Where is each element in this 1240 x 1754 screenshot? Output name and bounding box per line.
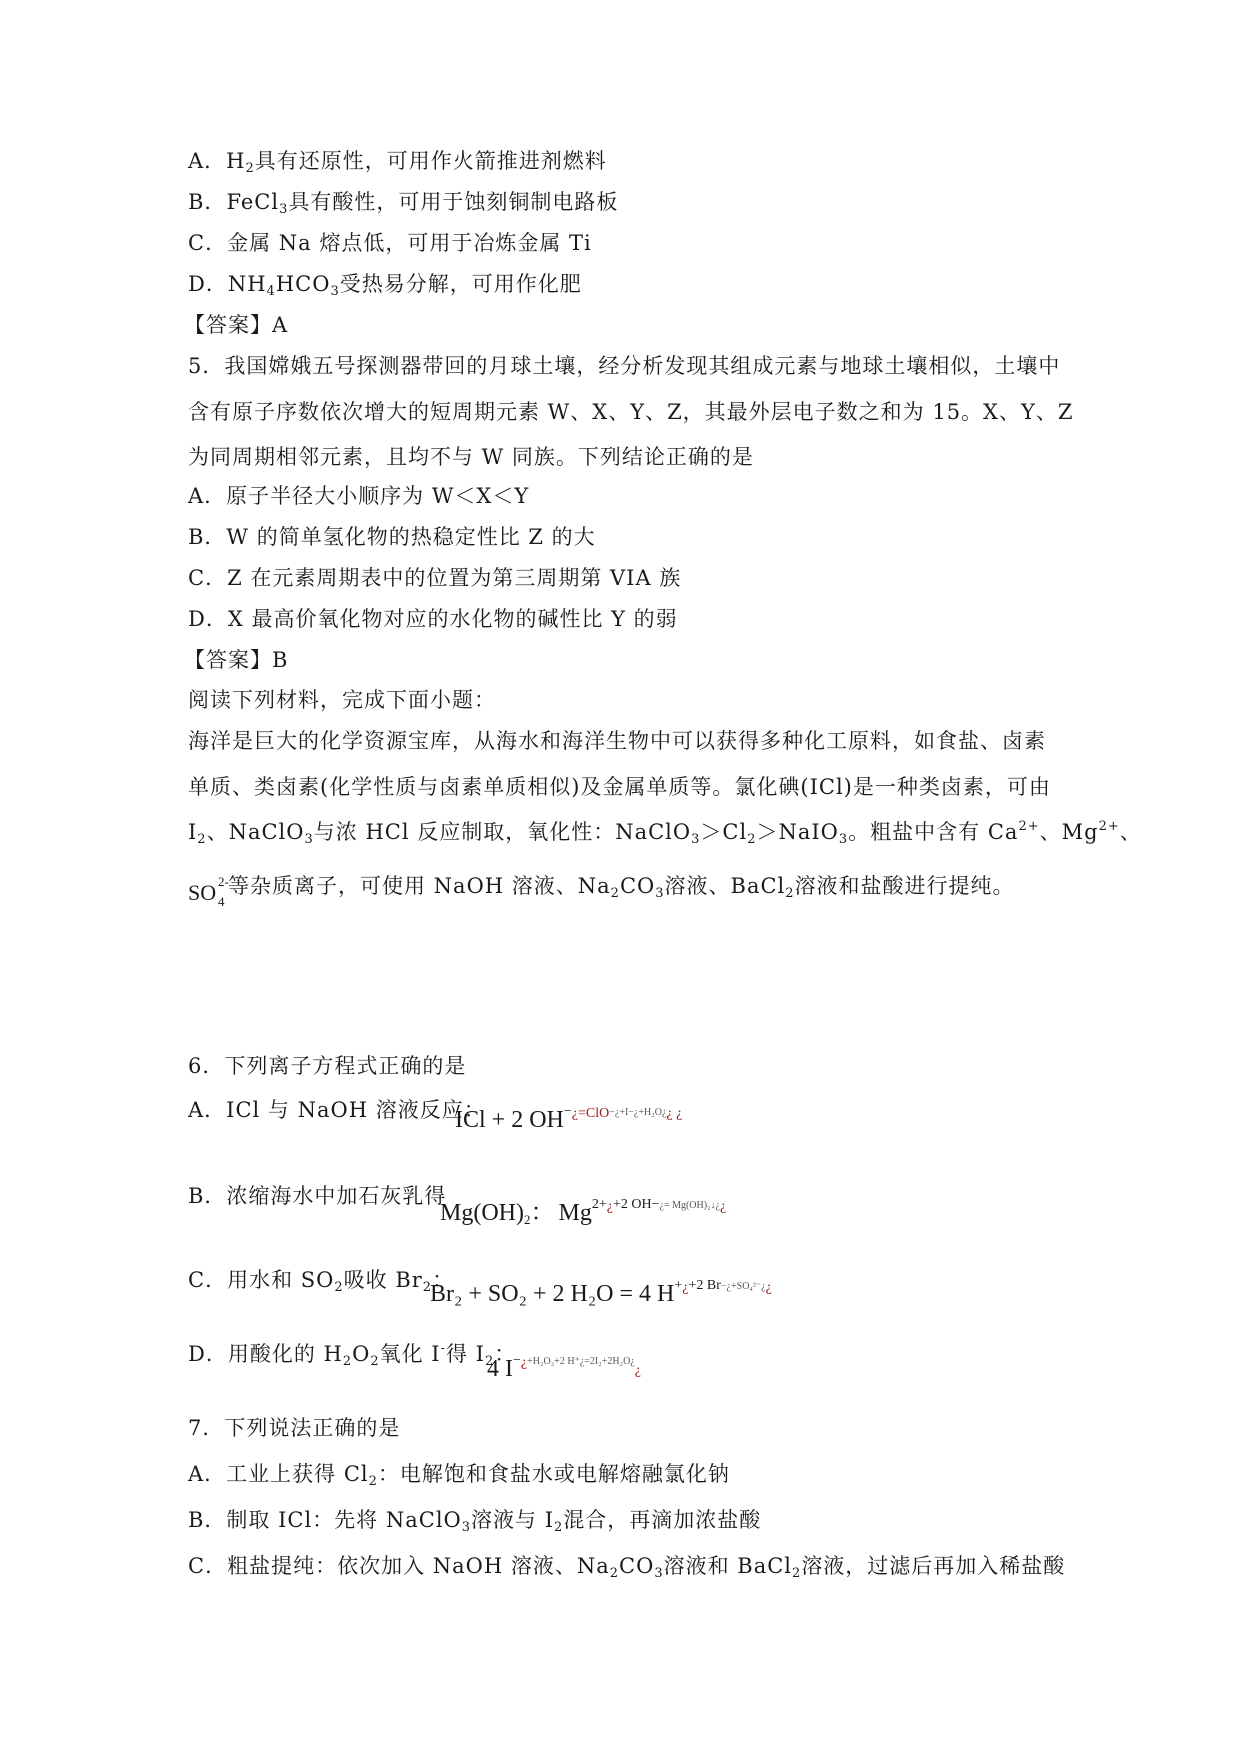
garbled-text: −¿+SO₄²⁻¿ <box>721 1281 766 1292</box>
text: O <box>352 1342 370 1366</box>
text: CO <box>620 874 655 898</box>
material-intro: 阅读下列材料，完成下面小题： <box>188 686 496 714</box>
subscript: 3 <box>839 832 848 847</box>
q5-option-a: A．原子半径大小顺序为 W＜X＜Y <box>188 482 529 510</box>
q6-option-a-label: A．ICl 与 NaOH 溶液反应： <box>188 1096 486 1124</box>
superscript: − <box>564 1104 572 1119</box>
q7-option-a: A．工业上获得 Cl2：电解饱和食盐水或电解熔融氯化钠 <box>188 1460 730 1488</box>
q5-option-d: D．X 最高价氧化物对应的水化物的碱性比 Y 的弱 <box>188 605 678 633</box>
superscript: − <box>652 1197 660 1212</box>
superscript: 2+ <box>1099 819 1120 834</box>
text: 得 I <box>446 1342 485 1366</box>
text: CO <box>619 1554 654 1578</box>
subscript: 2 <box>246 161 255 176</box>
text: 氧化 I <box>380 1342 441 1366</box>
subscript: 3 <box>654 1566 663 1581</box>
text: C．用水和 SO <box>188 1268 334 1292</box>
option-text: 具有还原性，可用作火箭推进剂燃料 <box>255 149 607 173</box>
subscript: 2 <box>785 886 794 901</box>
option-text: 受热易分解，可用作化肥 <box>340 272 582 296</box>
garbled-text: ¿ <box>720 1199 726 1214</box>
text: 混合，再滴加浓盐酸 <box>563 1508 761 1532</box>
garbled-text: +H₂O₂+2 H⁺¿=2I₂+2H₂O¿ <box>527 1356 635 1367</box>
garbled-text: −¿+I <box>609 1107 628 1118</box>
q5-option-c: C．Z 在元素周期表中的位置为第三周期第 VIA 族 <box>188 564 681 592</box>
q4-option-a: A．H2具有还原性，可用作火箭推进剂燃料 <box>188 147 607 175</box>
text: 溶液和 BaCl <box>664 1554 792 1578</box>
text: I <box>188 820 197 844</box>
superscript: 2+ <box>1018 819 1039 834</box>
q7-option-b: B．制取 ICl：先将 NaClO3溶液与 I2混合，再滴加浓盐酸 <box>188 1506 761 1534</box>
formula: HCO <box>276 272 331 296</box>
option-text: 具有酸性，可用于蚀刻铜制电路板 <box>288 190 618 214</box>
q6-option-b-equation: Mg(OH)2： Mg2+¿+2 OH−¿= Mg(OH)₂↓¿¿ <box>440 1192 726 1227</box>
q5-stem-line-2: 含有原子序数依次增大的短周期元素 W、X、Y、Z，其最外层电子数之和为 15。X… <box>188 398 1073 426</box>
material-line-4: 等杂质离子，可使用 NaOH 溶液、Na2CO3溶液、BaCl2溶液和盐酸进行提… <box>228 872 1015 900</box>
equation-main: Br₂ + SO₂ + 2 H₂O = 4 H <box>430 1281 674 1307</box>
text: 等杂质离子，可使用 NaOH 溶液、Na <box>228 874 611 898</box>
q5-option-b: B．W 的简单氢化物的热稳定性比 Z 的大 <box>188 523 596 551</box>
subscript: 2 <box>197 832 206 847</box>
q5-answer: 【答案】B <box>184 646 288 674</box>
formula: Mg(OH) <box>440 1200 524 1226</box>
equation-part: +2 Br <box>689 1278 721 1293</box>
subscript: 2 <box>334 1280 343 1295</box>
material-line-2: 单质、类卤素(化学性质与卤素单质相似)及金属单质等。氯化碘(ICl)是一种类卤素… <box>188 773 1051 801</box>
subscript: 4 <box>218 894 225 910</box>
q6-option-d-label: D．用酸化的 H2O2氧化 I-得 I2： <box>188 1340 516 1368</box>
text: 溶液和盐酸进行提纯。 <box>795 874 1015 898</box>
q6-stem: 6．下列离子方程式正确的是 <box>188 1052 466 1080</box>
equation-main: Mg <box>559 1200 592 1226</box>
text: D．用酸化的 H <box>188 1342 343 1366</box>
text: C．粗盐提纯：依次加入 NaOH 溶液、Na <box>188 1554 610 1578</box>
subscript: 2 <box>792 1566 801 1581</box>
q4-option-d: D．NH4HCO3受热易分解，可用作化肥 <box>188 270 582 298</box>
text: 、Mg <box>1040 820 1099 844</box>
text: 、 <box>1120 820 1142 844</box>
subscript: 2 <box>369 1474 378 1489</box>
subscript: 3 <box>655 886 664 901</box>
subscript: 3 <box>462 1520 471 1535</box>
subscript: 2 <box>554 1520 563 1535</box>
formula: NH <box>228 272 267 296</box>
option-label: D． <box>188 272 228 296</box>
q6-option-d-equation: 4 I−¿+H₂O₂+2 H⁺¿=2I₂+2H₂O¿¿ <box>487 1353 641 1383</box>
subscript: 3 <box>279 202 288 217</box>
material-line-3: I2、NaClO3与浓 HCl 反应制取，氧化性：NaClO3＞Cl2＞NaIO… <box>188 818 1142 846</box>
option-label: C． <box>188 231 227 255</box>
q7-stem: 7．下列说法正确的是 <box>188 1414 400 1442</box>
q4-answer: 【答案】A <box>184 311 288 339</box>
q6-option-a-equation: ICl + 2 OH−¿=ClO−¿+I−¿+H₂O¿¿ ¿ <box>455 1104 682 1134</box>
text: ：电解饱和食盐水或电解熔融氯化钠 <box>378 1462 730 1486</box>
equation-part: +2 OH <box>613 1197 652 1212</box>
formula: FeCl <box>226 190 279 214</box>
text: ＞NaIO <box>756 820 838 844</box>
garbled-text: ¿=ClO <box>572 1106 609 1121</box>
text: ： <box>531 1200 555 1226</box>
text: 。粗盐中含有 Ca <box>848 820 1018 844</box>
text: B．制取 ICl：先将 NaClO <box>188 1508 462 1532</box>
subscript: 2 <box>611 886 620 901</box>
garbled-text: ¿ <box>635 1363 641 1378</box>
option-text: 金属 Na 熔点低，可用于冶炼金属 Ti <box>227 231 592 255</box>
text: 溶液与 I <box>471 1508 554 1532</box>
subscript: 3 <box>691 832 700 847</box>
text: A．工业上获得 Cl <box>188 1462 369 1486</box>
q4-option-c: C．金属 Na 熔点低，可用于冶炼金属 Ti <box>188 229 592 257</box>
subscript: 4 <box>267 284 276 299</box>
formula: SO <box>188 880 216 905</box>
subscript: 2 <box>610 1566 619 1581</box>
q5-stem-line-1: 5．我国嫦娥五号探测器带回的月球土壤，经分析发现其组成元素与地球土壤相似，土壤中 <box>188 352 1060 380</box>
text: 吸收 Br <box>344 1268 423 1292</box>
garbled-text: ¿= Mg(OH)₂↓¿ <box>660 1200 721 1211</box>
text: 溶液，过滤后再加入稀盐酸 <box>801 1554 1065 1578</box>
material-line-1: 海洋是巨大的化学资源宝库，从海水和海洋生物中可以获得多种化工原料，如食盐、卤素 <box>188 727 1046 755</box>
sulfate-ion-formula: SO 2- 4 <box>188 880 216 906</box>
subscript: 2 <box>370 1354 379 1369</box>
text: ＞Cl <box>700 820 747 844</box>
q7-option-c: C．粗盐提纯：依次加入 NaOH 溶液、Na2CO3溶液和 BaCl2溶液，过滤… <box>188 1552 1065 1580</box>
text: 、NaClO <box>207 820 305 844</box>
q6-option-c-equation: Br₂ + SO₂ + 2 H₂O = 4 H+¿+2 Br−¿+SO₄²⁻¿¿ <box>430 1278 772 1308</box>
garbled-text: ¿ ¿ <box>666 1106 682 1121</box>
option-label: B． <box>188 190 226 214</box>
formula: H <box>226 149 245 173</box>
garbled-text: ¿ <box>766 1280 772 1295</box>
superscript: − <box>513 1353 521 1368</box>
text: 溶液、BaCl <box>665 874 786 898</box>
subscript: 3 <box>304 832 313 847</box>
subscript: 3 <box>330 284 339 299</box>
q6-option-b-label: B．浓缩海水中加石灰乳得 <box>188 1182 446 1210</box>
option-label: A． <box>188 149 226 173</box>
equation-main: 4 I <box>487 1356 513 1382</box>
subscript: 2 <box>343 1354 352 1369</box>
q5-stem-line-3: 为同周期相邻元素，且均不与 W 同族。下列结论正确的是 <box>188 443 754 471</box>
q4-option-b: B．FeCl3具有酸性，可用于蚀刻铜制电路板 <box>188 188 618 216</box>
superscript: 2+ <box>592 1197 607 1212</box>
equation-main: ICl + 2 OH <box>455 1107 564 1133</box>
q6-option-c-label: C．用水和 SO2吸收 Br2： <box>188 1266 454 1294</box>
garbled-text: −¿+H₂O¿ <box>628 1107 666 1118</box>
text: 与浓 HCl 反应制取，氧化性：NaClO <box>314 820 691 844</box>
